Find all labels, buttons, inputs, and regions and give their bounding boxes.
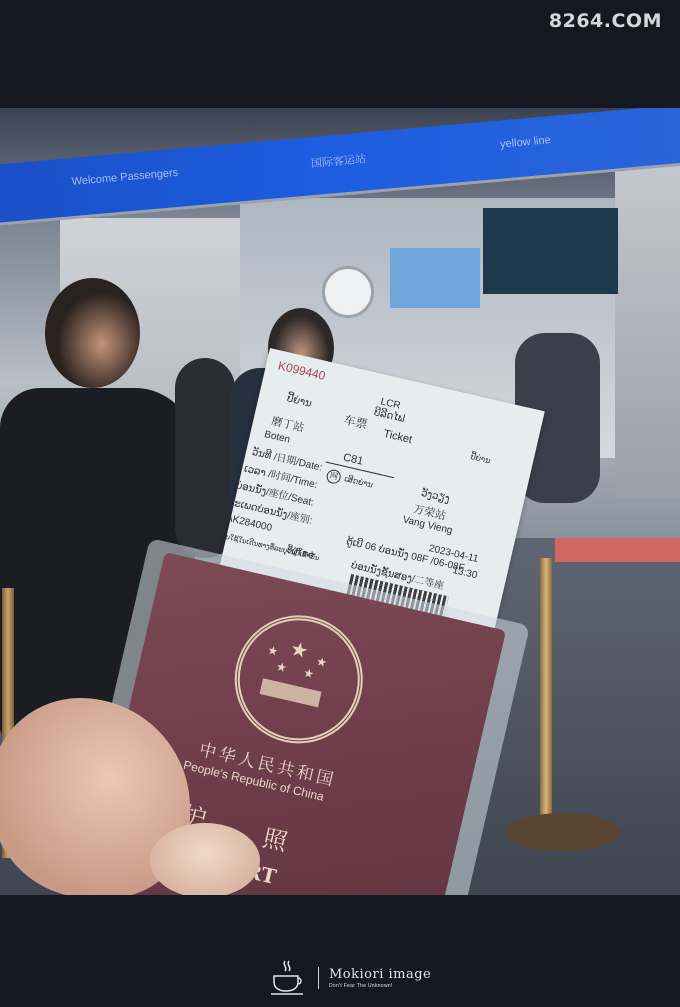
star-icon: ★ (266, 643, 280, 659)
star-icon: ★ (288, 636, 311, 664)
right-pillar (615, 138, 680, 498)
badge-icon: 网 (325, 468, 342, 485)
sign-text: yellow line (500, 134, 552, 150)
ticket-number: K099440 (277, 358, 327, 382)
brand-tagline: Don't Fear The Unknown! (329, 983, 431, 989)
operator-lao: ບີລີດໄຟ (373, 407, 406, 425)
national-emblem-icon: ★ ★ ★ ★ ★ (222, 603, 376, 757)
star-icon: ★ (275, 659, 289, 675)
title-en: Ticket (382, 428, 413, 446)
display-screen (483, 208, 618, 294)
top-banner: 8264.COM (0, 0, 680, 108)
title-cn-2: 照 (260, 818, 291, 858)
light-panel (390, 248, 480, 308)
thumb (150, 823, 260, 895)
stanchion (540, 558, 552, 838)
gate-icon (260, 678, 322, 707)
brand-watermark: Mokiori image Don't Fear The Unknown! (268, 958, 431, 998)
person-background (175, 358, 235, 558)
red-barrier-line (555, 538, 680, 562)
brand-name: Mokiori image (329, 967, 431, 982)
photo: Welcome Passengers 国际客运站 yellow line K09… (0, 108, 680, 895)
title-cn: 车票 (342, 411, 369, 433)
corner-lao: ປີ້ຍ່ານ (470, 452, 492, 465)
divider (318, 967, 319, 989)
coffee-cup-icon (268, 958, 308, 998)
site-watermark: 8264.COM (549, 10, 662, 32)
wall-clock (322, 266, 374, 318)
badge-lao: ເສີດຍ່ານ (344, 474, 374, 489)
star-icon: ★ (315, 654, 329, 670)
star-icon: ★ (302, 665, 316, 681)
stanchion-base (505, 813, 620, 851)
person-head (45, 278, 140, 388)
sign-text: Welcome Passengers (71, 167, 178, 188)
sign-text: 国际客运站 (310, 150, 366, 171)
title-lao: ປີ້ຍ່ານ (286, 393, 313, 409)
